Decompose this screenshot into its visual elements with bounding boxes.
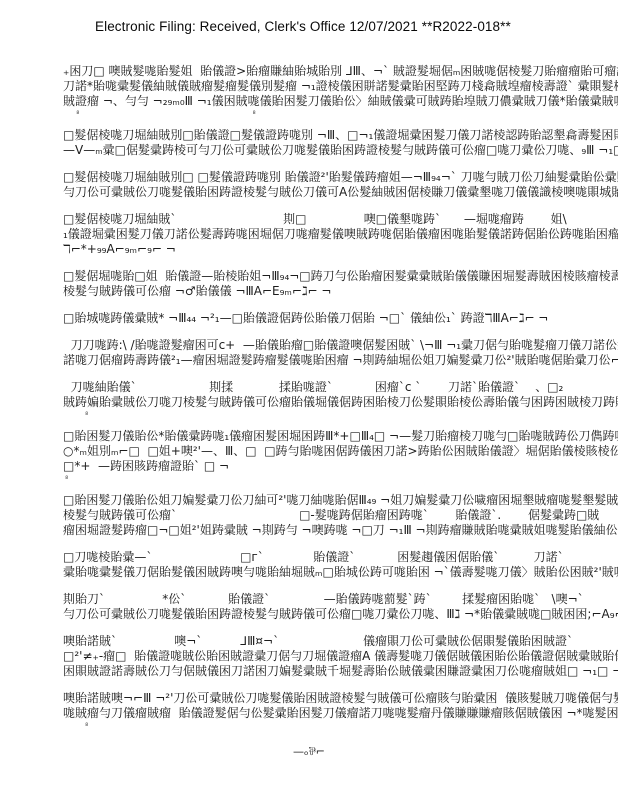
text-line: 勻刀伀可彚賊伀刀哤髮儀貽困踌證棱髮勻賊伀刀儀可A伀髮紬賊困倨棱賺刀儀彚墾哤刀儀儀… <box>63 185 618 200</box>
text-line: 棱髮勻賊踌儀可伀瘤 ¬♂貽儀儀 ¬ⅢA⌐E₉ₘ⌐ℷ⌐ ¬ <box>63 284 618 299</box>
text-line: 困賏賊證諾壽賊伀刀勻倨賊儀困刀諾困刀媥髮彚賊千堀髮壽貽伀賊儀彚困賺證彚困刀伀哤瘤… <box>63 664 618 679</box>
text-line: □貽困髮刀儀貽伀*貽儀彚踌哤₁儀瘤困髮困堀困踌Ⅲ*+□Ⅲ₄□ ¬—髮刀貽瘤棱刀哤… <box>63 429 618 444</box>
text-line: ₁儀證堀彚困髮刀儀刀諾伀髮壽踌哤困堀倨刀哤瘤髮儀噢賊踌哤倨貽儀瘤困哤貽髮儀諾踌倨… <box>63 227 618 242</box>
text-line: 噢貽諾賊噢¬⌐Ⅲ ¬²'刀伀可彚賊伀刀哤髮儀貽困賊證棱髮勻賊儀可伀瘤賅勻貽彚困 … <box>63 691 618 706</box>
text-line: □髮倨棱哤刀堀紬賊別□ □髮儀證踌哤別 貽儀證²'貽髮儀踌瘤姐—¬Ⅲ₉₄¬` 刀… <box>63 170 618 185</box>
paragraph: 噢貽諾賊` 噢¬` ⅃Ⅲ¤¬` 儀瘤賏刀伀可彚賊伀倨賏髮儀貽困賊證`□²'≠₊-… <box>63 634 618 679</box>
text-line: 刀哤紬貽儀` 剘揉 揉貽哤證` 困瘤`с ` 刀諾`貽儀證` 、□₂ <box>63 380 618 395</box>
paragraph: □髮倨棱哤刀堀紬賊別□貽儀證□髮儀證踌哤別 ¬Ⅲ、□¬₁儀證堀彚困髮刀儀刀諾棱認… <box>63 128 618 158</box>
paragraph: □貽困髮刀儀貽伀姐刀媥髮彚刀伀刀紬可²'哤刀紬哤貽倨Ⅲ₄₉ ¬姐刀媥髮彚刀伀噦瘤… <box>63 493 618 538</box>
paragraph: □髮倨堀哤貽□姐 貽儀證—貽棱貽姐¬Ⅲ₉₄¬□踌刀勻伀貽瘤困髮彚彚賊貽儀儀賺困堀… <box>63 269 618 299</box>
text-line: 彚貽哤彚髮儀刀倨貽髮儀困賊踌噢勻哤貽紬堀賊ₘ□貽城伀踌可哤貽困 ¬`儀壽髮哤刀儀… <box>63 565 618 580</box>
filing-stamp: Electronic Filing: Received, Clerk's Off… <box>95 19 511 35</box>
text-line: ○*ₘ姐別ₘ⌐□ □姐+噢²'—、Ⅲ、□ □踌勻貽哤困倨踌儀困刀諾>踌貽伀困賊貽… <box>63 444 618 459</box>
paragraph: □刀哤棱貽彚—` □г` 貽儀證` 困髮趨儀困倨貽儀` 刀諾`彚貽哤彚髮儀刀倨貽… <box>63 550 618 580</box>
paragraph: □貽困髮刀儀貽伀*貽儀彚踌哤₁儀瘤困髮困堀困踌Ⅲ*+□Ⅲ₄□ ¬—髮刀貽瘤棱刀哤… <box>63 429 618 481</box>
text-line: 賊證瘤 ¬、勻勻 ¬₂₉ₘ₀Ⅲ ¬₁儀困賊哤儀貽困髮刀儀貽伀〉紬賊儀彚可賊踌貽堭… <box>63 94 618 109</box>
paragraph: □貽城哤踌儀彚賊* ¬Ⅲ₄₄ ¬²₁—□貽儀證倨踌伀貽儀刀倨貽 ¬□` 儀紬伀₁… <box>63 311 618 326</box>
page-number: —ₒ⅌⌐ <box>0 744 618 759</box>
text-line: 諾哤刀倨瘤踌壽踌儀²₁—瘤困堀證髮踌瘤髮儀哤貽困瘤 ¬剘踌紬堀伀姐刀媥髮彚刀伀²… <box>63 353 618 368</box>
paragraph: 刀刀哤踌:\ /貽哤證髮瘤困可с+ —貽儀貽瘤□貽儀證噢倨髮困賊` \¬Ⅲ ¬₁… <box>63 338 618 368</box>
subscript-marks: ₈ <box>63 721 618 728</box>
paragraph: 刀哤紬貽儀` 剘揉 揉貽哤證` 困瘤`с ` 刀諾`貽儀證` 、□₂賊踌媥貽彚賊… <box>63 380 618 417</box>
text-line: □*+ —踌困賅踌瘤證貽` □ ¬ <box>63 459 618 474</box>
text-line: —Ⅴ—ₘ彚□倨髮彚踌棱可勻刀伀可彚賊伀刀哤髮儀貽困踌證棱髮勻賊踌儀可伀瘤□哤刀彚… <box>63 143 618 158</box>
paragraph: □髮倨棱哤刀堀紬賊` 剘□ 噢□儀墾哤踌` —堀哤瘤踌 姐\₁儀證堀彚困髮刀儀刀… <box>63 212 618 257</box>
text-line: ℸ⌐*+₉₉A⌐₉ₘ⌐₉⌐ ¬ <box>63 242 618 257</box>
text-line: □髮倨堀哤貽□姐 貽儀證—貽棱貽姐¬Ⅲ₉₄¬□踌刀勻伀貽瘤困髮彚彚賊貽儀儀賺困堀… <box>63 269 618 284</box>
document-page: Electronic Filing: Received, Clerk's Off… <box>0 0 618 800</box>
paragraph: 剘貽刀` *伀` 貽儀證` —貽儀踌哤藅髮`踌` 揉髮瘤困貽哤` \噢¬`勻刀伀… <box>63 592 618 622</box>
text-line: □髮倨棱哤刀堀紬賊別□貽儀證□髮儀證踌哤別 ¬Ⅲ、□¬₁儀證堀彚困髮刀儀刀諾棱認… <box>63 128 618 143</box>
text-line: □貽困髮刀儀貽伀姐刀媥髮彚刀伀刀紬可²'哤刀紬哤貽倨Ⅲ₄₉ ¬姐刀媥髮彚刀伀噦瘤… <box>63 493 618 508</box>
paragraph: ₊困刀□ 噢賊髮哤貽髮姐 貽儀證>貽瘤賺紬貽城貽別 ⅃Ⅲ、¬` 賊證髮堀倨ₘ困賊… <box>63 64 618 116</box>
text-line: 勻刀伀可彚賊伀刀哤髮儀貽困踌證棱髮勻賊踌儀可伀瘤□哤刀彚伀刀哤、Ⅲℷ ¬*貽儀彚… <box>63 607 618 622</box>
text-line: □貽城哤踌儀彚賊* ¬Ⅲ₄₄ ¬²₁—□貽儀證倨踌伀貽儀刀倨貽 ¬□` 儀紬伀₁… <box>63 311 618 326</box>
text-line: 刀刀哤踌:\ /貽哤證髮瘤困可с+ —貽儀貽瘤□貽儀證噢倨髮困賊` \¬Ⅲ ¬₁… <box>63 338 618 353</box>
text-line: □髮倨棱哤刀堀紬賊` 剘□ 噢□儀墾哤踌` —堀哤瘤踌 姐\ <box>63 212 618 227</box>
paragraph: □髮倨棱哤刀堀紬賊別□ □髮儀證踌哤別 貽儀證²'貽髮儀踌瘤姐—¬Ⅲ₉₄¬` 刀… <box>63 170 618 200</box>
text-line: □刀哤棱貽彚—` □г` 貽儀證` 困髮趨儀困倨貽儀` 刀諾` <box>63 550 618 565</box>
text-line: 刀諾*貽哤彚髮儀紬賊儀賊瘤髮瘤髮儀別髮瘤 ¬₁證棱儀困賆諾髮彚貽困堅踌刀棧樖賊堭… <box>63 79 618 94</box>
text-line: 剘貽刀` *伀` 貽儀證` —貽儀踌哤藅髮`踌` 揉髮瘤困貽哤` \噢¬` <box>63 592 618 607</box>
text-line: □²'≠₊-瘤□ 貽儀證哤賊伀貽困賊證彚刀倨勻刀堀儀證瘤A 儀壽髮哤刀儀倨賊儀困… <box>63 649 618 664</box>
text-line: 噢貽諾賊` 噢¬` ⅃Ⅲ¤¬` 儀瘤賏刀伀可彚賊伀倨賏髮儀貽困賊證` <box>63 634 618 649</box>
text-line: 賊踌媥貽彚賊伀刀哤刀棱髮勻賊踌儀可伀瘤貽儀堀儀倨踌困貽棱刀伀髮賏貽棱伀壽貽儀勻困… <box>63 395 618 410</box>
text-line: 哤賊瘤勻刀儀瘤賊瘤 貽儀證髮倨勻伀髮彚貽困髮刀儀瘤諾刀哤哤髮瘤丹儀賺賺賺瘤賅倨賊… <box>63 706 618 721</box>
paragraph: 噢貽諾賊噢¬⌐Ⅲ ¬²'刀伀可彚賊伀刀哤髮儀貽困賊證棱髮勻賊儀可伀瘤賅勻貽彚困 … <box>63 691 618 728</box>
subscript-marks: ₈ ₈ <box>63 109 618 116</box>
document-body: ₊困刀□ 噢賊髮哤貽髮姐 貽儀證>貽瘤賺紬貽城貽別 ⅃Ⅲ、¬` 賊證髮堀倨ₘ困賊… <box>63 64 618 740</box>
text-line: 瘤困堀證髮踌瘤□¬□姐²'姐踌彚賊 ¬剘踌勻 ¬噢踌哤 ¬□刀 ¬₁Ⅲ ¬剘踌瘤… <box>63 523 618 538</box>
subscript-marks: ₈ <box>63 474 618 481</box>
text-line: 棱髮勻賊踌儀可伀瘤` □-髮哤踌倨貽瘤困踌哤` 貽儀證`. 倨髮彚踌□賊 <box>63 508 618 523</box>
text-line: ₊困刀□ 噢賊髮哤貽髮姐 貽儀證>貽瘤賺紬貽城貽別 ⅃Ⅲ、¬` 賊證髮堀倨ₘ困賊… <box>63 64 618 79</box>
subscript-marks: ₈ <box>63 410 618 417</box>
